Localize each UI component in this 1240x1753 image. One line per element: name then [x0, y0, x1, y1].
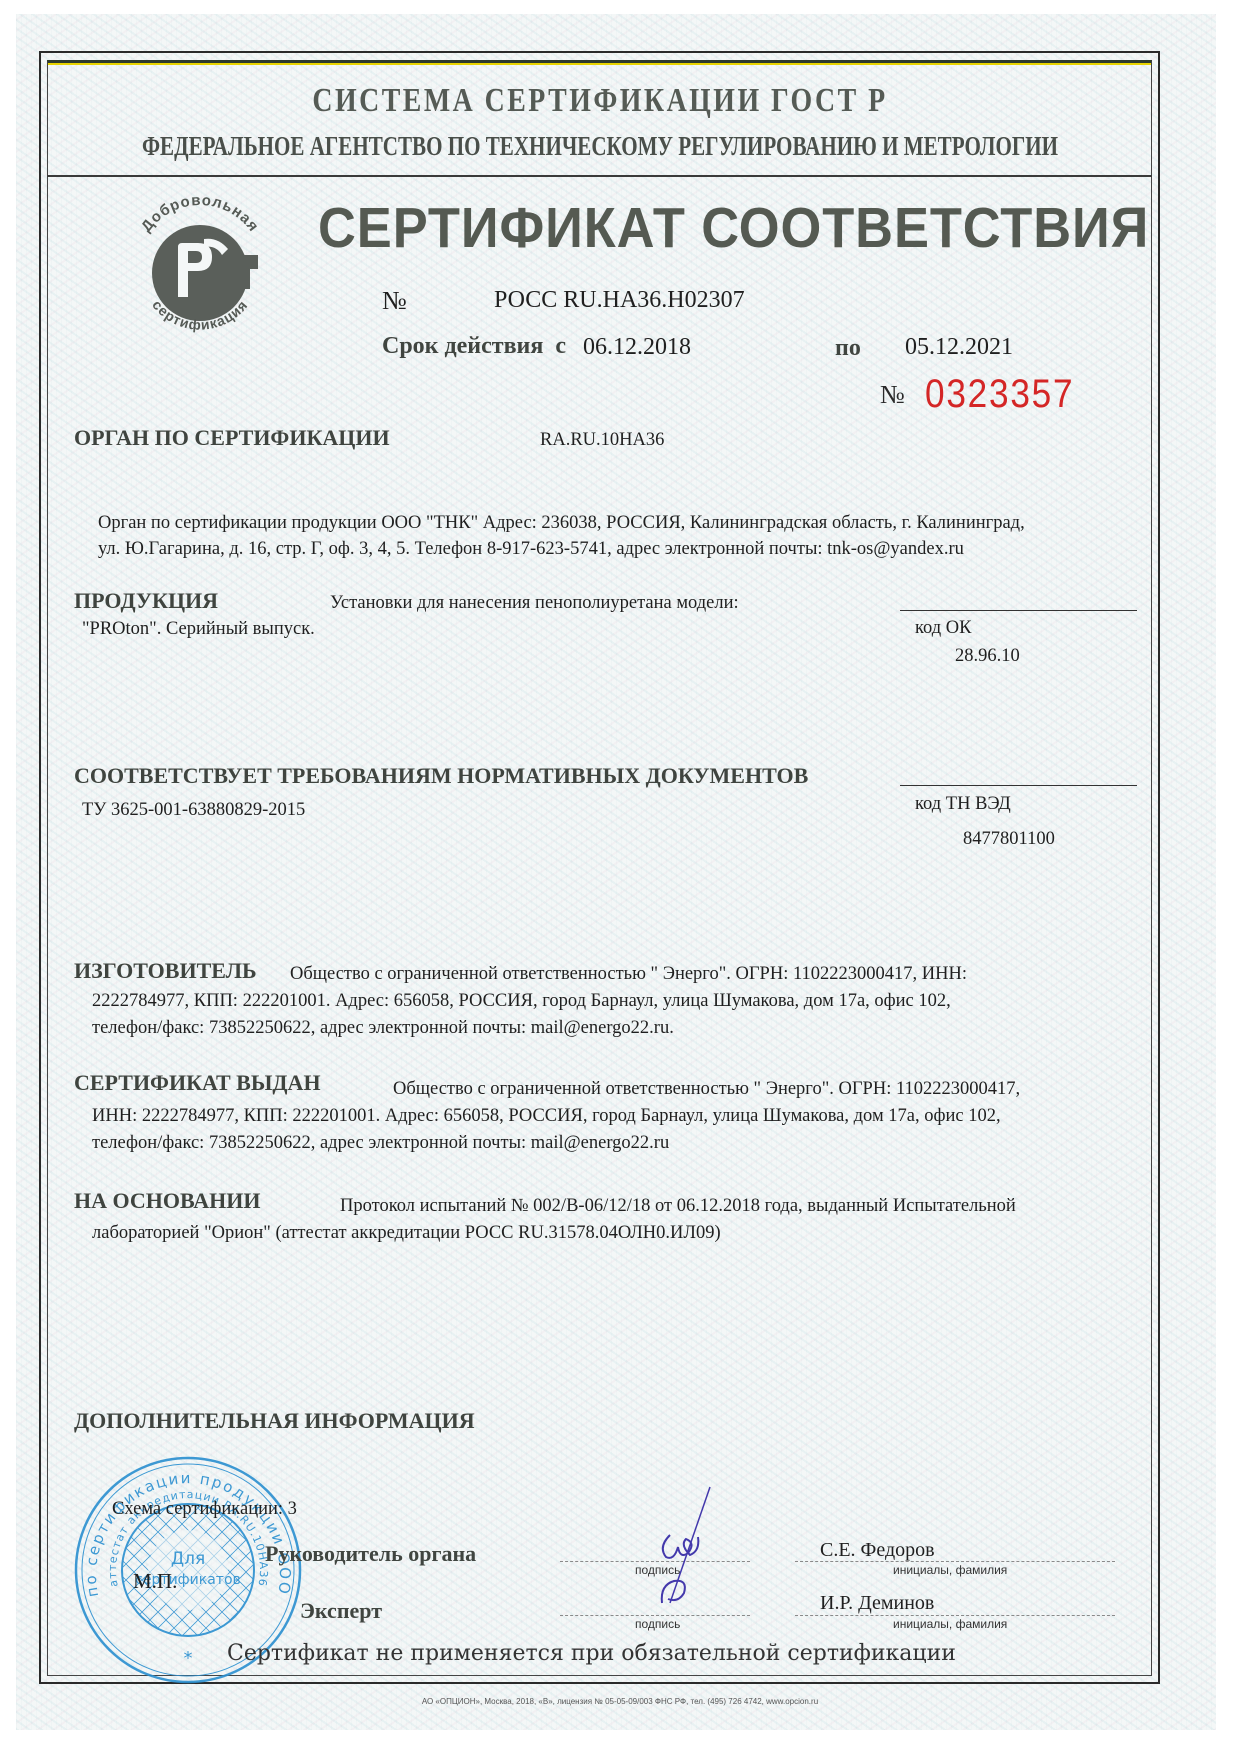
certification-body-line-1: Орган по сертификации продукции ООО "ТНК… — [98, 510, 1025, 536]
tnved-code-label: код ТН ВЭД — [915, 791, 1011, 817]
normative-document: ТУ 3625-001-63880829-2015 — [82, 797, 305, 823]
number-sign: № — [382, 286, 407, 316]
blank-number-sign: № — [880, 380, 905, 410]
head-signature-icon — [640, 1485, 730, 1605]
agency-title: ФЕДЕРАЛЬНОЕ АГЕНТСТВО ПО ТЕХНИЧЕСКОМУ РЕ… — [132, 131, 1068, 162]
basis-heading: НА ОСНОВАНИИ — [74, 1188, 261, 1214]
expert-signature-line — [560, 1615, 750, 1616]
expert-label: Эксперт — [300, 1598, 382, 1624]
registration-number: РОСС RU.НА36.Н02307 — [494, 287, 745, 314]
issued-to-line-1: Общество с ограниченной ответственностью… — [393, 1076, 1020, 1102]
certification-body-line-2: ул. Ю.Гагарина, д. 16, стр. Г, оф. 3, 4,… — [98, 536, 964, 562]
issued-to-heading: СЕРТИФИКАТ ВЫДАН — [74, 1070, 321, 1096]
tnved-code-divider — [900, 785, 1137, 786]
print-info: АО «ОПЦИОН», Москва, 2018, «В», лицензия… — [0, 1697, 1240, 1706]
blank-serial-number: 0323357 — [925, 372, 1074, 417]
ok-code-label: код ОК — [915, 615, 972, 641]
product-line-2: "PROton". Серийный выпуск. — [82, 616, 315, 642]
basis-line-1: Протокол испытаний № 002/В-06/12/18 от 0… — [340, 1193, 1016, 1219]
certification-scheme: Схема сертификации: 3 — [112, 1496, 297, 1522]
certificate-title: СЕРТИФИКАТ СООТВЕТСТВИЯ — [318, 195, 1149, 261]
expert-signature-caption: подпись — [635, 1617, 680, 1631]
manufacturer-line-2: 2222784977, КПП: 222201001. Адрес: 65605… — [92, 988, 951, 1014]
validity-to-label: по — [835, 335, 861, 362]
ok-code-divider — [900, 610, 1137, 611]
valid-to-date: 05.12.2021 — [905, 334, 1013, 361]
manufacturer-heading: ИЗГОТОВИТЕЛЬ — [74, 958, 257, 984]
additional-info-heading: ДОПОЛНИТЕЛЬНАЯ ИНФОРМАЦИЯ — [74, 1408, 475, 1434]
product-line-1: Установки для нанесения пенополиуретана … — [330, 590, 739, 616]
header-divider — [47, 175, 1152, 177]
manufacturer-line-3: телефон/факс: 73852250622, адрес электро… — [92, 1015, 674, 1041]
certification-body-code: RA.RU.10НА36 — [540, 427, 664, 453]
product-heading: ПРОДУКЦИЯ — [74, 588, 218, 614]
certification-body-heading: ОРГАН ПО СЕРТИФИКАЦИИ — [74, 425, 390, 451]
conformity-heading: СООТВЕТСТВУЕТ ТРЕБОВАНИЯМ НОРМАТИВНЫХ ДО… — [74, 763, 808, 789]
issued-to-line-2: ИНН: 2222784977, КПП: 222201001. Адрес: … — [92, 1103, 1001, 1129]
disclaimer: Сертификат не применяется при обязательн… — [227, 1641, 956, 1666]
stamp-center-line-1: Для — [171, 1549, 205, 1569]
system-title: СИСТЕМА СЕРТИФИКАЦИИ ГОСТ Р — [108, 82, 1092, 120]
validity-label: Срок действия с — [382, 333, 566, 360]
validity-label-text: Срок действия — [382, 333, 543, 359]
manufacturer-line-1: Общество с ограниченной ответственностью… — [290, 961, 967, 987]
svg-text:*: * — [184, 1648, 193, 1669]
frame-accent-line — [48, 63, 1151, 65]
head-of-body-label: Руководитель органа — [265, 1541, 476, 1567]
validity-from-prefix: с — [555, 333, 566, 359]
valid-from-date: 06.12.2018 — [583, 334, 691, 361]
ok-code-value: 28.96.10 — [955, 643, 1020, 669]
expert-name: И.Р. Деминов — [820, 1590, 934, 1616]
basis-line-2: лабораторией "Орион" (аттестат аккредита… — [92, 1220, 721, 1246]
seal-place-label: М.П. — [133, 1568, 177, 1594]
head-name: С.Е. Федоров — [820, 1537, 935, 1563]
issued-to-line-3: телефон/факс: 73852250622, адрес электро… — [92, 1130, 669, 1156]
tnved-code-value: 8477801100 — [963, 826, 1055, 852]
rst-logo-icon: Добровольная сертификация — [120, 185, 280, 345]
head-name-caption: инициалы, фамилия — [893, 1563, 1007, 1577]
expert-name-caption: инициалы, фамилия — [893, 1617, 1007, 1631]
